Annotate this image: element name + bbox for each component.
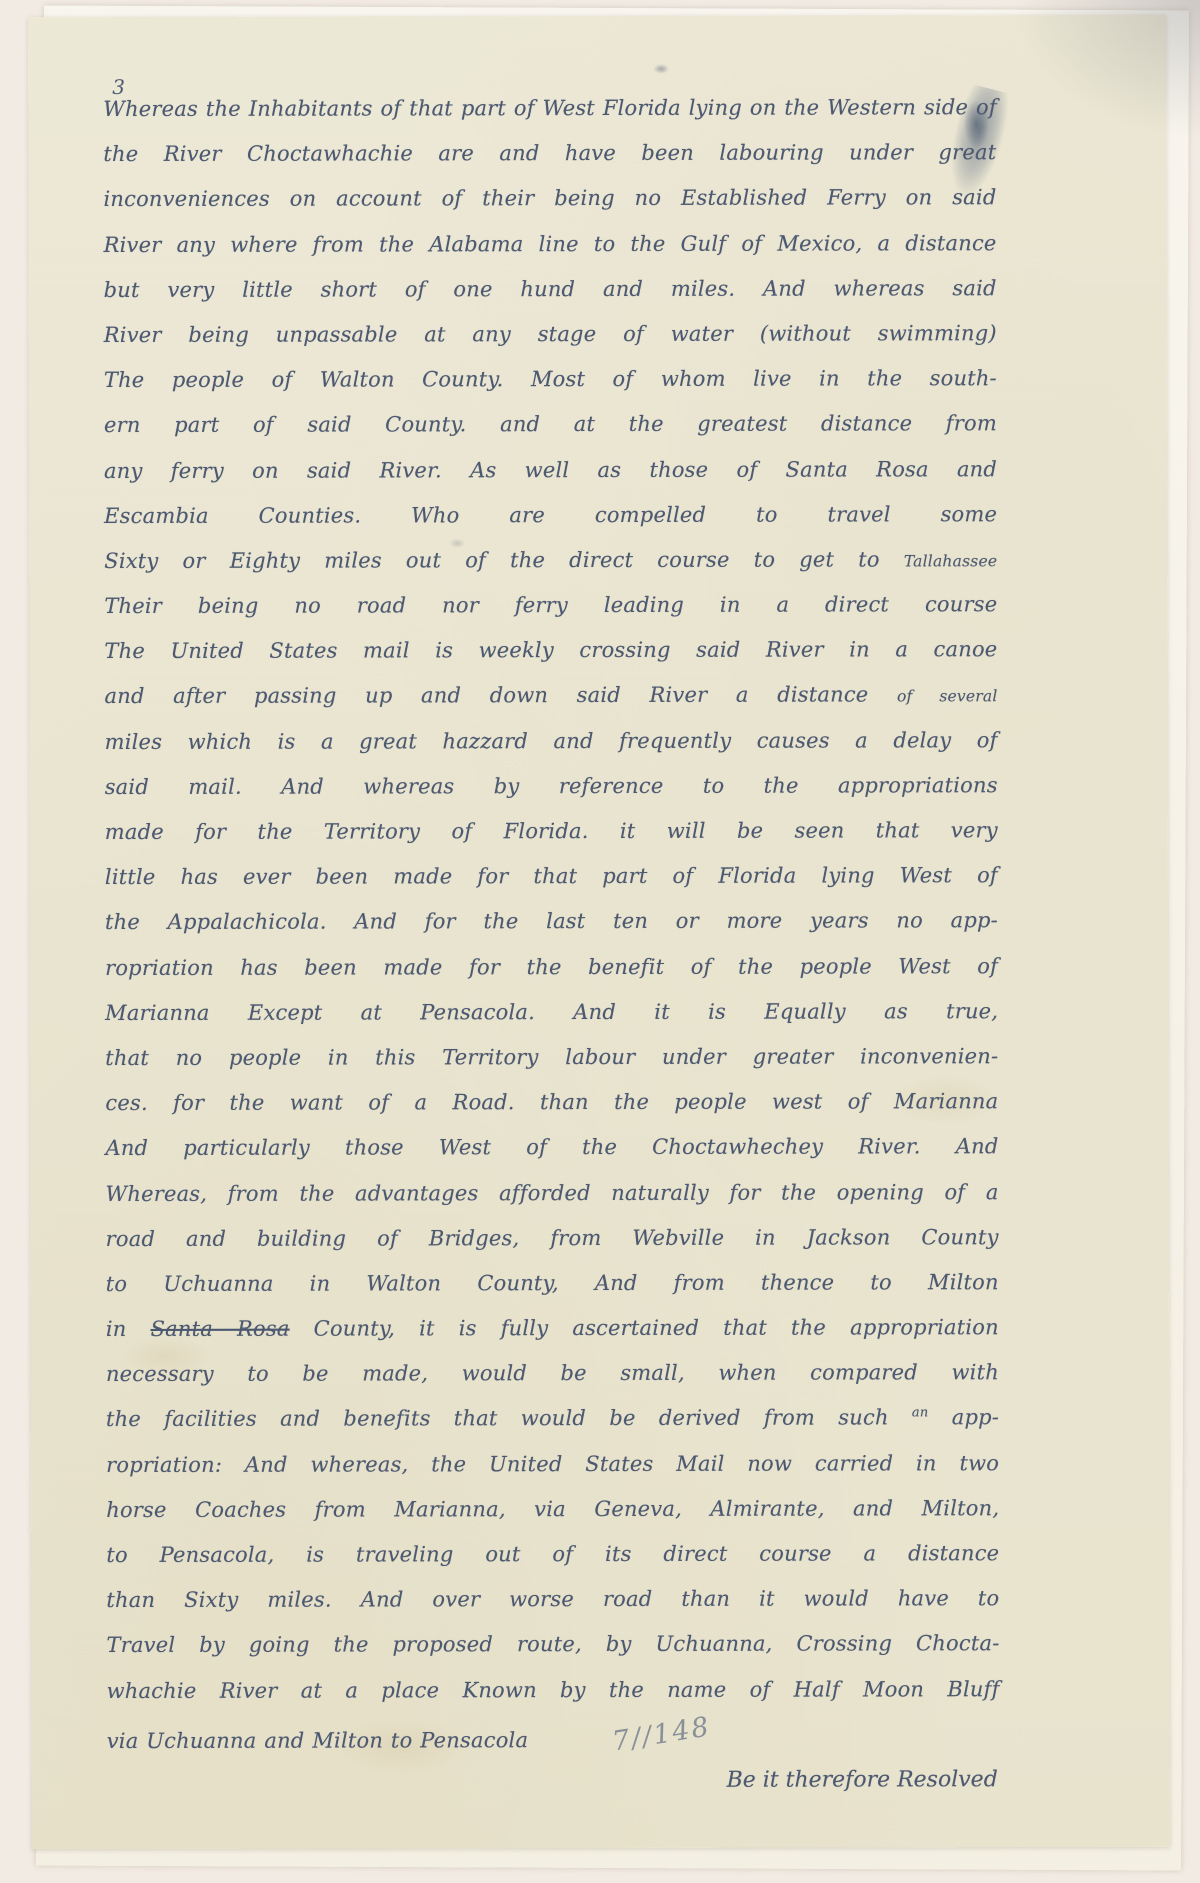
manuscript-line: to Uchuanna in Walton County, And from t…	[106, 1270, 999, 1317]
manuscript-text-block: Whereas the Inhabitants of that part of …	[103, 95, 1000, 1815]
manuscript-line: River being unpassable at any stage of w…	[104, 321, 997, 368]
manuscript-line: ropriation: And whereas, the United Stat…	[106, 1451, 999, 1498]
manuscript-line: road and building of Bridges, from Webvi…	[106, 1225, 999, 1272]
manuscript-line: inconveniences on account of their being…	[103, 186, 996, 233]
manuscript-line: Travel by going the proposed route, by U…	[106, 1632, 999, 1679]
manuscript-line: And particularly those West of the Choct…	[105, 1134, 998, 1181]
manuscript-line: Escambia Counties. Who are compelled to …	[104, 502, 997, 549]
manuscript-paper: 3 Whereas the Inhabitants of that part o…	[28, 15, 1170, 1849]
manuscript-line: necessary to be made, would be small, wh…	[106, 1360, 999, 1407]
manuscript-line: the River Choctawhachie are and have bee…	[103, 140, 996, 187]
manuscript-line: ces. for the want of a Road. than the pe…	[105, 1089, 998, 1136]
manuscript-line: but very little short of one hund and mi…	[104, 276, 997, 323]
manuscript-line: miles which is a great hazzard and frequ…	[105, 728, 998, 775]
manuscript-line: Marianna Except at Pensacola. And it is …	[105, 999, 998, 1046]
manuscript-line: Whereas, from the advantages afforded na…	[106, 1180, 999, 1227]
page-corner-mark: 3	[112, 75, 125, 99]
manuscript-line: made for the Territory of Florida. it wi…	[105, 818, 998, 865]
manuscript-line: little has ever been made for that part …	[105, 863, 998, 910]
scanned-manuscript-page: { "document": { "corner_mark": "3", "lin…	[0, 0, 1200, 1883]
manuscript-line: the Appalachicola. And for the last ten …	[105, 909, 998, 956]
manuscript-line: in Santa Rosa County, it is fully ascert…	[106, 1315, 999, 1362]
manuscript-line: River any where from the Alabama line to…	[104, 231, 997, 278]
manuscript-line: to Pensacola, is traveling out of its di…	[106, 1541, 999, 1588]
manuscript-line: horse Coaches from Marianna, via Geneva,…	[106, 1496, 999, 1543]
manuscript-line: via Uchuanna and Milton to Pensacola7//1…	[107, 1722, 1000, 1769]
manuscript-line: Whereas the Inhabitants of that part of …	[103, 95, 996, 142]
manuscript-line: any ferry on said River. As well as thos…	[104, 457, 997, 504]
manuscript-line: and after passing up and down said River…	[104, 683, 997, 730]
manuscript-line: The people of Walton County. Most of who…	[104, 366, 997, 413]
ink-speck	[653, 64, 669, 74]
manuscript-line: ropriation has been made for the benefit…	[105, 954, 998, 1001]
manuscript-line: Sixty or Eighty miles out of the direct …	[104, 547, 997, 594]
manuscript-line: the facilities and benefits that would b…	[106, 1406, 999, 1453]
manuscript-line: that no people in this Territory labour …	[105, 1044, 998, 1091]
manuscript-line: than Sixty miles. And over worse road th…	[106, 1586, 999, 1633]
closing-resolution: Be it therefore Resolved	[107, 1767, 1000, 1815]
manuscript-line: said mail. And whereas by reference to t…	[105, 773, 998, 820]
manuscript-line: whachie River at a place Known by the na…	[107, 1677, 1000, 1724]
manuscript-line: The United States mail is weekly crossin…	[104, 637, 997, 684]
manuscript-lines: Whereas the Inhabitants of that part of …	[103, 95, 999, 1769]
manuscript-line: ern part of said County. and at the grea…	[104, 411, 997, 458]
manuscript-line: Their being no road nor ferry leading in…	[104, 592, 997, 639]
